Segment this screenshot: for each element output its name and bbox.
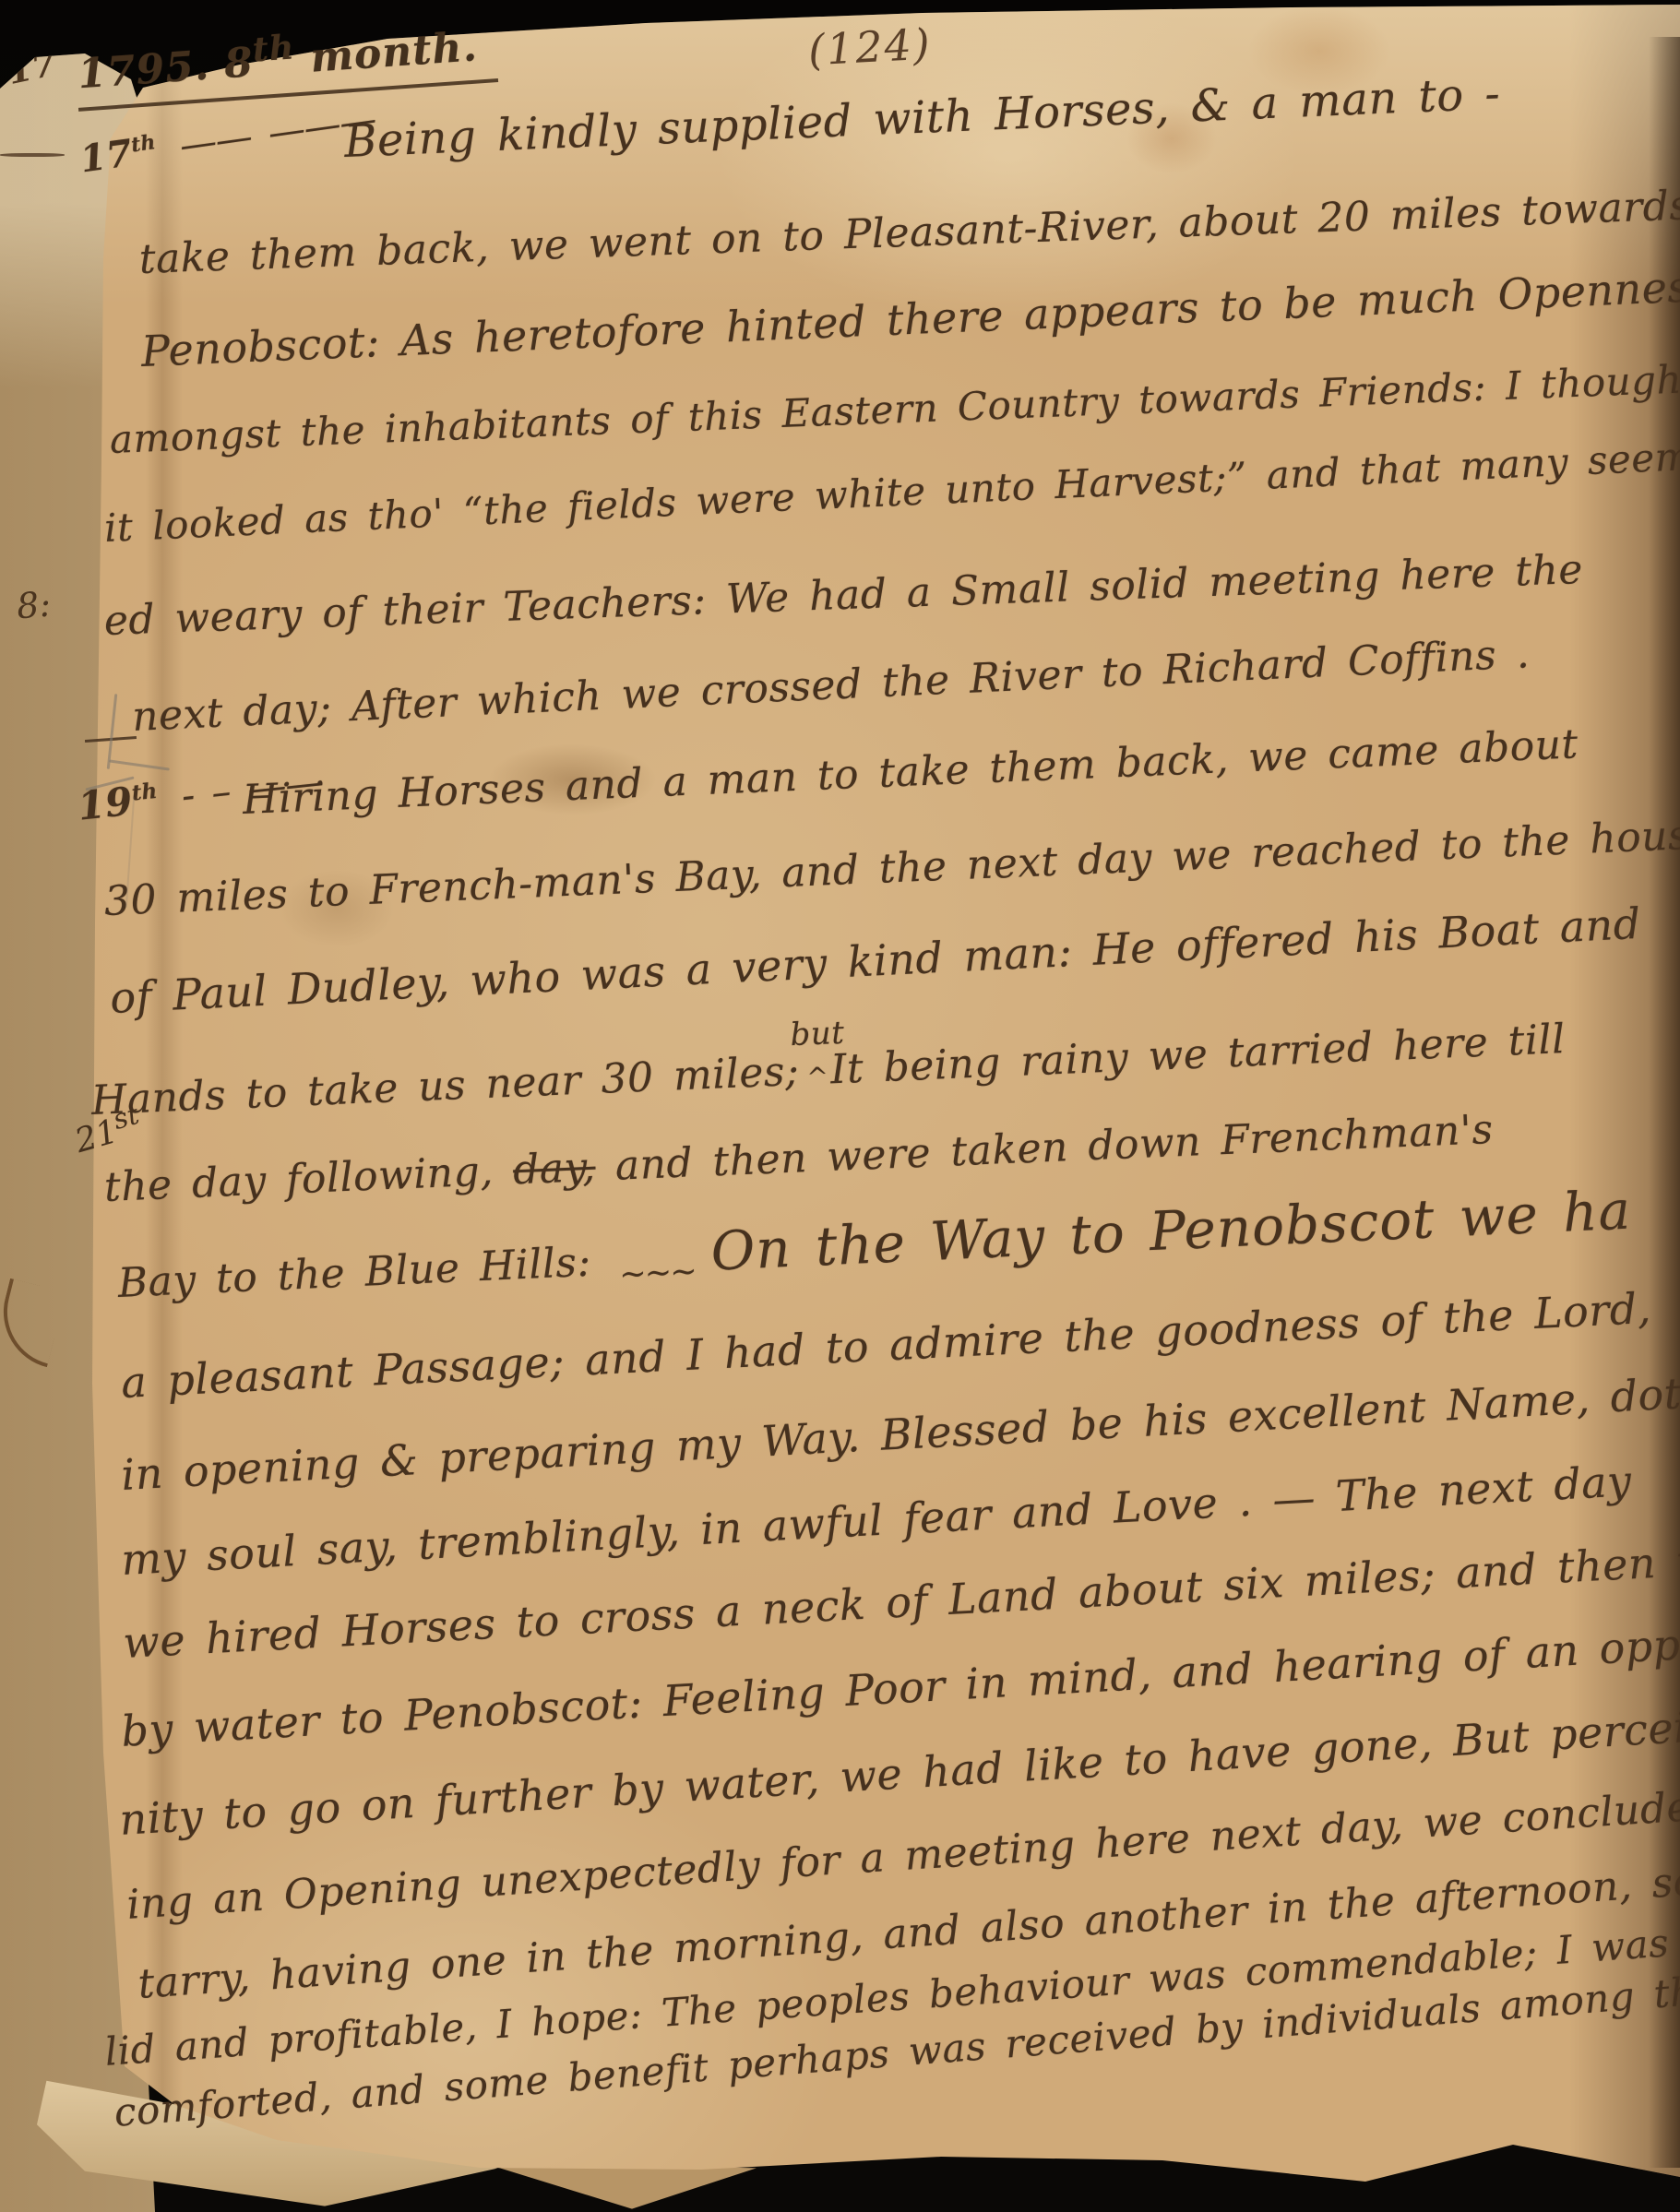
- page-number: (124): [807, 19, 933, 76]
- underpage-rule: [0, 153, 65, 157]
- line-segment: Bay to the Blue Hills:: [117, 1239, 592, 1307]
- day-ordinal: th: [130, 779, 158, 806]
- inserted-word: but: [790, 1015, 845, 1053]
- day-number: 17: [77, 131, 136, 181]
- day-ordinal: th: [129, 130, 157, 157]
- connector-dashes: ~~~: [618, 1253, 696, 1294]
- margin-mark-8: 8:: [15, 583, 53, 626]
- insertion-caret: ^: [806, 1061, 829, 1092]
- date-header-month: month.: [309, 23, 480, 82]
- interlinear-insertion: but^: [799, 1076, 830, 1084]
- date-header-year: 1795. 8: [77, 39, 256, 98]
- date-header-ordinal: th: [251, 27, 295, 69]
- underpage-page-number: 17: [4, 42, 60, 92]
- struck-word: day,: [512, 1144, 596, 1195]
- manuscript-scan: 17 (124) 1795. 8th month. 17th—— ——— Bei…: [0, 0, 1680, 2212]
